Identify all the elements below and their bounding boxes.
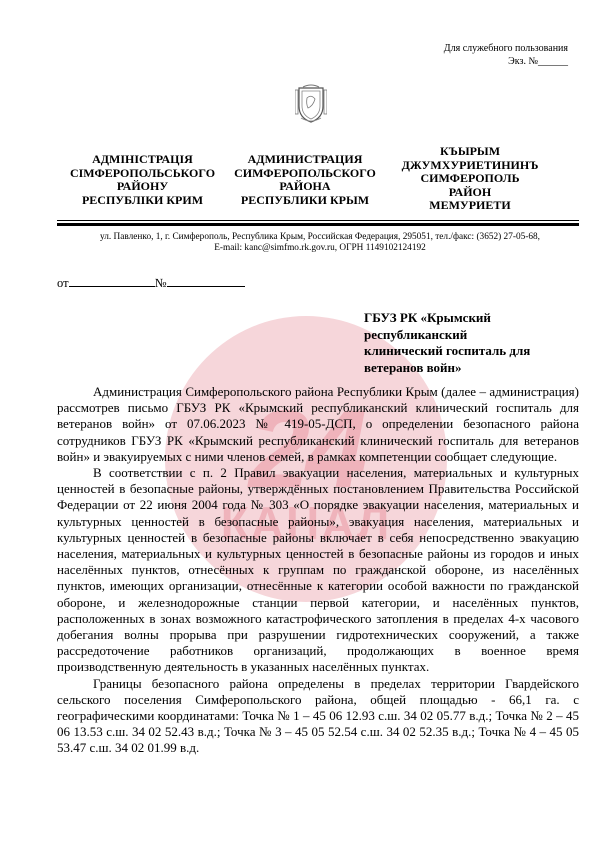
header-crimean-tatar: КЪЫРЫМ ДЖУМХУРИЕТИНИНЪ СИМФЕРОПОЛЬ РАЙОН… <box>390 145 550 213</box>
contact-line: E-mail: kanc@simfmo.rk.gov.ru, ОГРН 1149… <box>60 243 580 254</box>
date-label: от <box>57 276 69 290</box>
body-paragraph: Администрация Симферопольского района Ре… <box>57 384 579 465</box>
crimea-coat-of-arms-icon <box>295 84 327 124</box>
date-blank <box>69 274 155 287</box>
header-russian: АДМИНИСТРАЦИЯ СИМФЕРОПОЛЬСКОГО РАЙОНА РЕ… <box>225 153 385 207</box>
address-line: ул. Павленко, 1, г. Симферополь, Республ… <box>60 232 580 243</box>
letter-body: Администрация Симферопольского района Ре… <box>57 384 579 757</box>
header-ukrainian: АДМІНІСТРАЦІЯ СІМФЕРОПОЛЬСЬКОГО РАЙОНУ Р… <box>60 153 225 207</box>
classification-stamp: Для служебного пользования Экз. №______ <box>444 42 568 68</box>
number-blank <box>167 274 245 287</box>
classification-label: Для служебного пользования <box>444 42 568 55</box>
header-divider-thick <box>57 223 579 226</box>
body-paragraph: Границы безопасного района определены в … <box>57 676 579 757</box>
address-block: ул. Павленко, 1, г. Симферополь, Республ… <box>60 232 580 254</box>
header-divider-thin <box>57 220 579 221</box>
recipient-block: ГБУЗ РК «Крымский республиканский клинич… <box>364 310 564 376</box>
copy-number-label: Экз. №______ <box>444 55 568 68</box>
number-label: № <box>155 276 167 290</box>
body-paragraph: В соответствии с п. 2 Правил эвакуации н… <box>57 465 579 676</box>
registration-line: от№ <box>57 274 245 291</box>
